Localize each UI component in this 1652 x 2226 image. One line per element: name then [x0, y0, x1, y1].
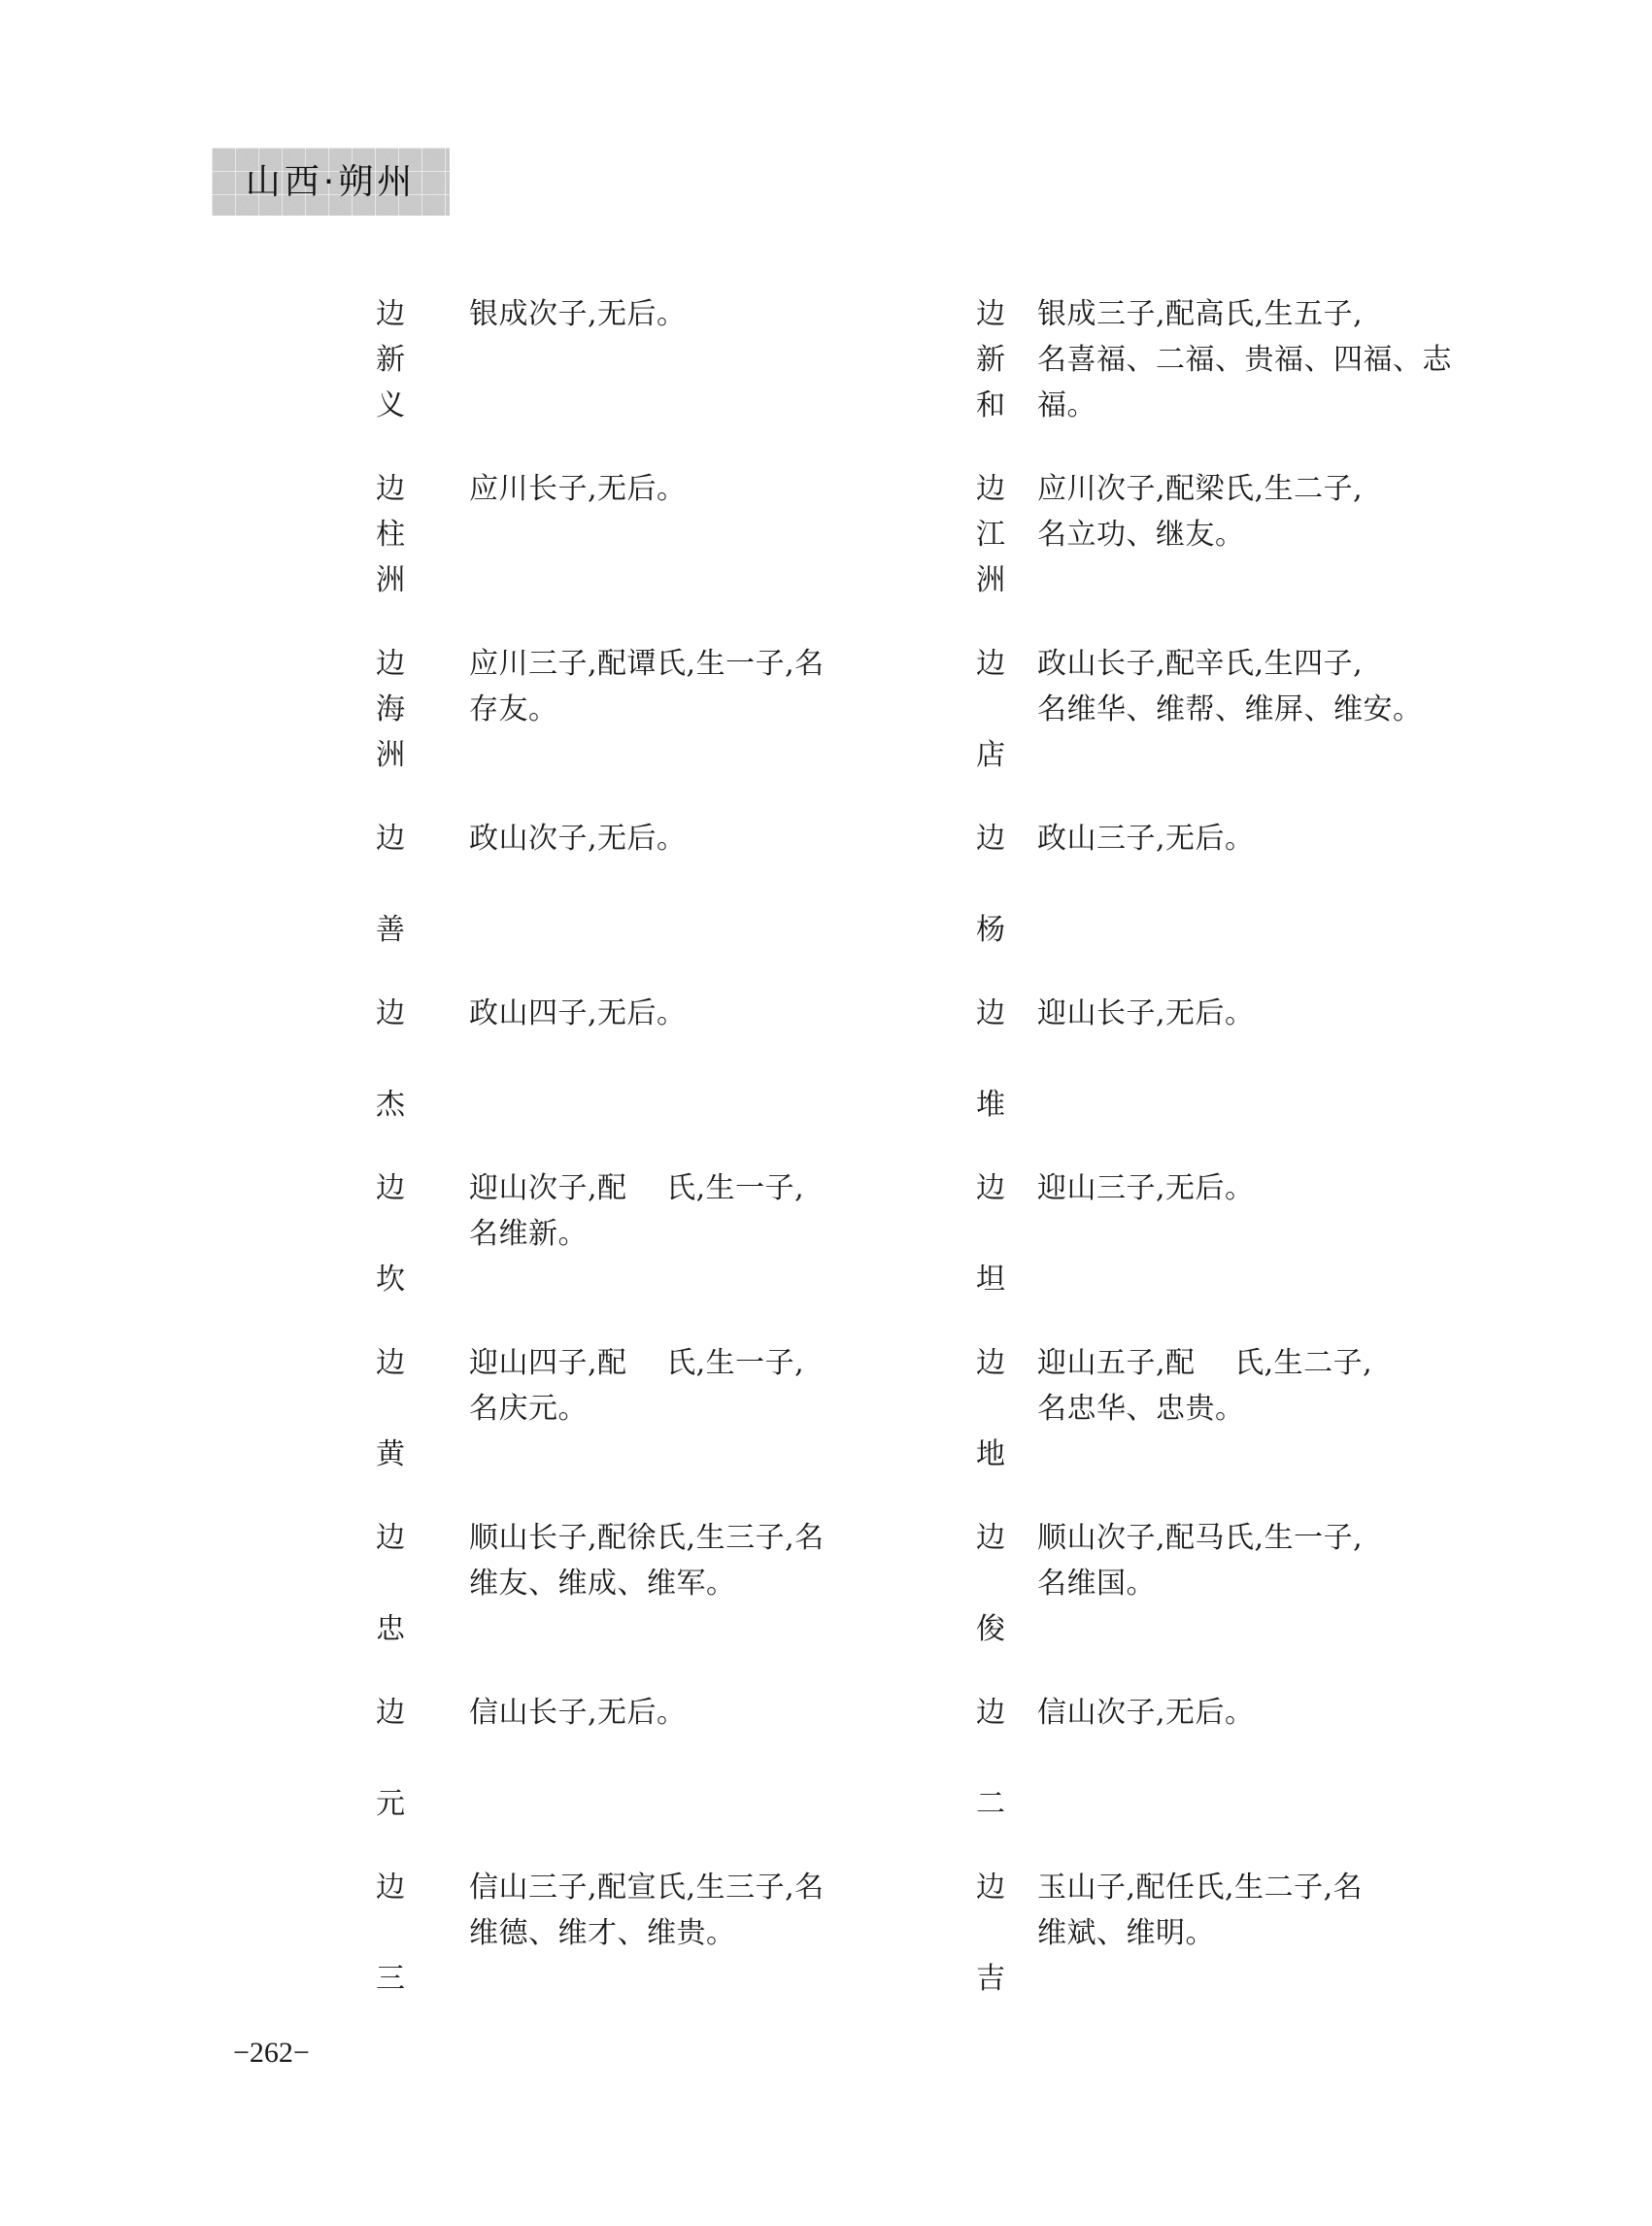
description-line: 名维国。 — [1037, 1561, 1455, 1606]
name-char: 柱 — [376, 512, 409, 557]
person-name: 边海洲 — [376, 641, 409, 778]
name-char: 杰 — [376, 1082, 409, 1128]
description-line: 顺山长子,配徐氏,生三子,名 — [469, 1515, 887, 1561]
person-description: 迎山五子,配 氏,生二子,名忠华、忠贵。 — [1037, 1340, 1455, 1432]
name-char: 边 — [376, 991, 409, 1036]
person-description: 迎山三子,无后。 — [1037, 1165, 1455, 1211]
person-description: 顺山次子,配马氏,生一子,名维国。 — [1037, 1515, 1455, 1606]
description-line: 迎山次子,配 氏,生一子, — [469, 1165, 887, 1211]
person-name: 边坦 — [976, 1165, 1009, 1302]
name-char: 店 — [976, 732, 1009, 778]
description-line: 政山四子,无后。 — [469, 991, 887, 1036]
description-line: 信山次子,无后。 — [1037, 1690, 1455, 1736]
description-line: 迎山五子,配 氏,生二子, — [1037, 1340, 1455, 1386]
name-char: 边 — [376, 1865, 409, 1910]
person-description: 政山次子,无后。 — [469, 816, 887, 861]
description-line: 银成三子,配高氏,生五子, — [1037, 291, 1455, 337]
description-line: 信山三子,配宣氏,生三子,名 — [469, 1865, 887, 1910]
person-description: 信山三子,配宣氏,生三子,名维德、维才、维贵。 — [469, 1865, 887, 1956]
description-line: 名立功、继友。 — [1037, 512, 1455, 557]
description-line: 玉山子,配任氏,生二子,名 — [1037, 1865, 1455, 1910]
description-line: 信山长子,无后。 — [469, 1690, 887, 1736]
name-char: 坎 — [376, 1257, 409, 1302]
description-line: 名维华、维帮、维屏、维安。 — [1037, 687, 1455, 732]
description-line: 福。 — [1037, 383, 1455, 428]
description-line: 维斌、维明。 — [1037, 1910, 1455, 1956]
person-description: 信山次子,无后。 — [1037, 1690, 1455, 1736]
person-description: 迎山长子,无后。 — [1037, 991, 1455, 1036]
name-char: 元 — [376, 1781, 409, 1827]
person-name: 边堆 — [976, 991, 1009, 1128]
person-description: 迎山四子,配 氏,生一子,名庆元。 — [469, 1340, 887, 1432]
name-char: 边 — [976, 991, 1009, 1036]
name-char: 江 — [976, 512, 1009, 557]
name-char: 洲 — [376, 732, 409, 778]
person-description: 顺山长子,配徐氏,生三子,名维友、维成、维军。 — [469, 1515, 887, 1606]
description-line: 名喜福、二福、贵福、四福、志 — [1037, 337, 1455, 383]
description-line: 应川三子,配谭氏,生一子,名 — [469, 641, 887, 687]
name-char: 新 — [976, 337, 1009, 383]
person-name: 边杨 — [976, 816, 1009, 953]
name-char: 边 — [376, 291, 409, 337]
name-char: 坦 — [976, 1257, 1009, 1302]
name-char: 义 — [376, 383, 409, 428]
name-char: 边 — [976, 1340, 1009, 1386]
person-name: 边店 — [976, 641, 1009, 778]
person-name: 边吉 — [976, 1865, 1009, 2002]
name-char: 边 — [976, 1165, 1009, 1211]
name-char: 边 — [376, 641, 409, 687]
name-char: 俊 — [976, 1606, 1009, 1652]
name-char: 边 — [376, 1165, 409, 1211]
description-line: 应川长子,无后。 — [469, 466, 887, 512]
name-char: 地 — [976, 1432, 1009, 1477]
person-description: 迎山次子,配 氏,生一子,名维新。 — [469, 1165, 887, 1257]
name-char: 吉 — [976, 1956, 1009, 2002]
name-char: 边 — [976, 466, 1009, 512]
description-line: 政山长子,配辛氏,生四子, — [1037, 641, 1455, 687]
description-line: 维友、维成、维军。 — [469, 1561, 887, 1606]
name-char: 边 — [976, 1690, 1009, 1736]
name-char: 洲 — [376, 557, 409, 603]
name-char: 边 — [976, 291, 1009, 337]
page-number: −262− — [233, 2037, 310, 2070]
person-name: 边地 — [976, 1340, 1009, 1477]
name-char: 洲 — [976, 557, 1009, 603]
person-description: 应川长子,无后。 — [469, 466, 887, 512]
description-line: 存友。 — [469, 687, 887, 732]
name-char: 黄 — [376, 1432, 409, 1477]
person-name: 边俊 — [976, 1515, 1009, 1652]
name-char: 善 — [376, 907, 409, 953]
name-char: 边 — [976, 641, 1009, 687]
person-name: 边柱洲 — [376, 466, 409, 603]
name-char: 边 — [376, 466, 409, 512]
name-char: 新 — [376, 337, 409, 383]
name-char: 忠 — [376, 1606, 409, 1652]
person-name: 边黄 — [376, 1340, 409, 1477]
person-name: 边坎 — [376, 1165, 409, 1302]
name-char: 边 — [976, 1515, 1009, 1561]
description-line: 迎山三子,无后。 — [1037, 1165, 1455, 1211]
person-name: 边忠 — [376, 1515, 409, 1652]
name-char: 边 — [376, 1690, 409, 1736]
person-name: 边二 — [976, 1690, 1009, 1827]
person-description: 政山长子,配辛氏,生四子,名维华、维帮、维屏、维安。 — [1037, 641, 1455, 732]
description-line: 迎山长子,无后。 — [1037, 991, 1455, 1036]
description-line: 政山三子,无后。 — [1037, 816, 1455, 861]
person-name: 边元 — [376, 1690, 409, 1827]
name-char: 边 — [976, 1865, 1009, 1910]
person-description: 信山长子,无后。 — [469, 1690, 887, 1736]
running-header: 山西·朔州 — [212, 148, 450, 216]
name-char: 三 — [376, 1956, 409, 2002]
person-name: 边新义 — [376, 291, 409, 428]
person-description: 银成三子,配高氏,生五子,名喜福、二福、贵福、四福、志福。 — [1037, 291, 1455, 428]
name-char: 边 — [376, 1340, 409, 1386]
name-char: 杨 — [976, 907, 1009, 953]
person-description: 政山三子,无后。 — [1037, 816, 1455, 861]
name-char: 二 — [976, 1781, 1009, 1827]
description-line: 维德、维才、维贵。 — [469, 1910, 887, 1956]
description-line: 政山次子,无后。 — [469, 816, 887, 861]
name-char: 边 — [976, 816, 1009, 861]
description-line: 名忠华、忠贵。 — [1037, 1386, 1455, 1432]
description-line: 迎山四子,配 氏,生一子, — [469, 1340, 887, 1386]
name-char: 边 — [376, 1515, 409, 1561]
name-char: 堆 — [976, 1082, 1009, 1128]
person-name: 边江洲 — [976, 466, 1009, 603]
person-description: 政山四子,无后。 — [469, 991, 887, 1036]
person-name: 边三 — [376, 1865, 409, 2002]
header-title: 山西·朔州 — [246, 163, 416, 200]
description-line: 名维新。 — [469, 1211, 887, 1257]
name-char: 和 — [976, 383, 1009, 428]
name-char: 边 — [376, 816, 409, 861]
person-name: 边善 — [376, 816, 409, 953]
person-description: 玉山子,配任氏,生二子,名维斌、维明。 — [1037, 1865, 1455, 1956]
description-line: 银成次子,无后。 — [469, 291, 887, 337]
person-description: 应川次子,配梁氏,生二子,名立功、继友。 — [1037, 466, 1455, 557]
description-line: 名庆元。 — [469, 1386, 887, 1432]
person-name: 边杰 — [376, 991, 409, 1128]
person-description: 银成次子,无后。 — [469, 291, 887, 337]
name-char: 海 — [376, 687, 409, 732]
person-description: 应川三子,配谭氏,生一子,名存友。 — [469, 641, 887, 732]
description-line: 顺山次子,配马氏,生一子, — [1037, 1515, 1455, 1561]
person-name: 边新和 — [976, 291, 1009, 428]
description-line: 应川次子,配梁氏,生二子, — [1037, 466, 1455, 512]
